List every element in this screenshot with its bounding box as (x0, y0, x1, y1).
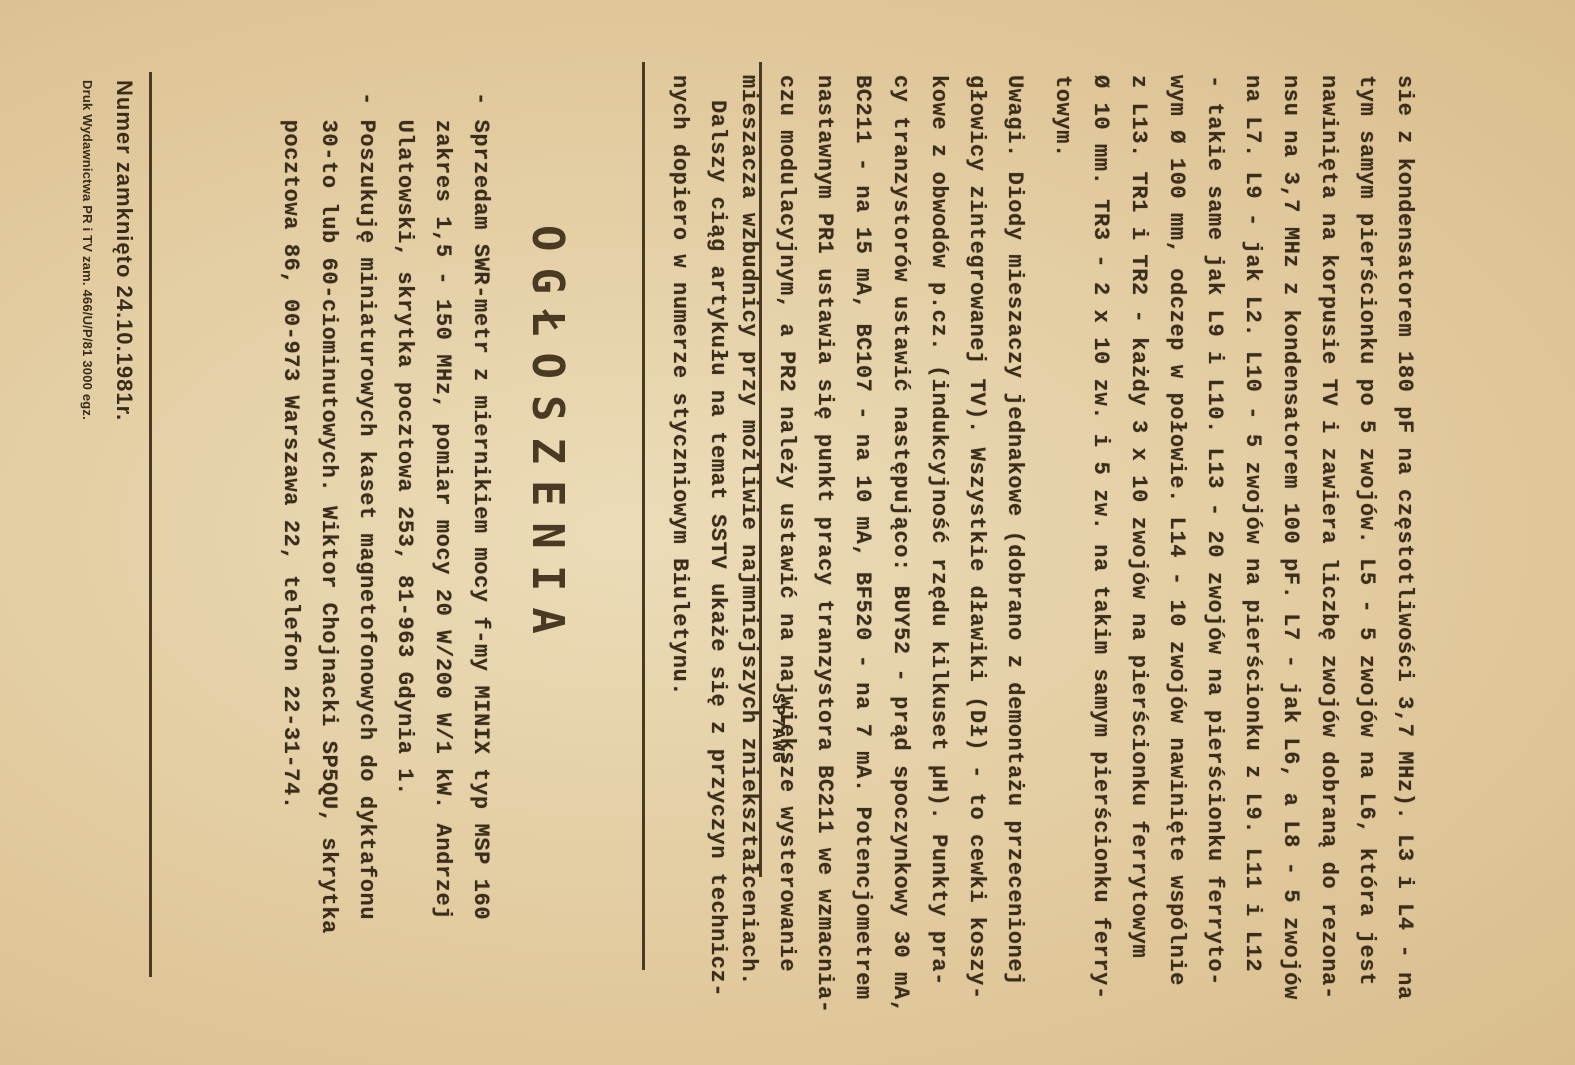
footer-rule (149, 72, 152, 977)
notes-line: czu modulacyjnym, a PR2 należy ustawić n… (773, 75, 799, 972)
article-line: nawinięta na korpusie TV i zawiera liczb… (1315, 75, 1341, 1000)
divider-rule (759, 62, 762, 877)
notes-line: BC211 - na 15 mA, BC107 - na 10 mA, BF52… (849, 75, 875, 1000)
ad-line: - Sprzedam SWR-metr z miernikiem mocy f-… (467, 92, 493, 920)
ad-line: - Poszukuję miniaturowych kaset magnetof… (353, 92, 379, 920)
document-page: sie z kondensatorem 180 pF na częstotliw… (0, 0, 1575, 1065)
article-line: sie z kondensatorem 180 pF na częstotliw… (1391, 75, 1417, 1000)
notes-line: kowe z obwodów p.cz. (indukcyjność rzędu… (925, 75, 951, 986)
article-line: wym Ø 100 mm, odczep w połowie. L14 - 10… (1163, 75, 1189, 986)
notes-line: Uwagi. Diody mieszaczy jednakowe (dobran… (1001, 75, 1027, 986)
article-line: Ø 10 mm. TR3 - 2 x 10 zw. i 5 zw. na tak… (1087, 75, 1113, 1000)
continuation-line: nych dopiero w numerze styczniowym Biule… (666, 75, 692, 696)
ad-line: Ulatowski, skrytka pocztowa 253, 81-963 … (391, 92, 417, 796)
article-line: na L7. L9 - jak L2. L10 - 5 zwojów na pi… (1239, 75, 1265, 972)
article-line: towym. (1049, 75, 1075, 158)
ads-heading: OGŁOSZENIA (522, 225, 573, 650)
article-line: - takie same jak L9 i L10. L13 - 20 zwoj… (1201, 75, 1227, 986)
issue-closed-date: Numer zamknięto 24.10.1981r. (111, 80, 137, 421)
notes-line: cy tranzystorów ustawić następująco: BUY… (887, 75, 913, 1014)
ad-line: pocztowa 86, 00-973 Warszawa 22, telefon… (277, 92, 303, 810)
article-line: z L13. TR1 i TR2 - każdy 3 x 10 zwojów n… (1125, 75, 1151, 958)
notes-line: mieszacza wzbudnicy przy możliwie najmni… (735, 75, 761, 986)
article-line: nsu na 3,7 MHz z kondensatorem 100 pF. L… (1277, 75, 1303, 1000)
printer-imprint: Druk Wydawnictwa PR i TV zam. 466/U/P/81… (80, 80, 95, 420)
ad-line: zakres 1,5 - 150 MHz, pomiar mocy 20 W/2… (429, 92, 455, 920)
notes-line: głowicy zintegrowanej TV). Wszystkie dła… (963, 75, 989, 1000)
author-signature: SP7AWG (767, 693, 787, 764)
continuation-line: Dalszy ciąg artykułu na temat SSTV ukaże… (704, 100, 730, 997)
notes-line: nastawnym PR1 ustawia się punkt pracy tr… (811, 75, 837, 1014)
article-line: tym samym pierścionku po 5 zwojów. L5 - … (1353, 75, 1379, 986)
ad-line: 30-to lub 60-ciominutowych. Wiktor Chojn… (315, 92, 341, 934)
divider-rule (642, 62, 645, 970)
